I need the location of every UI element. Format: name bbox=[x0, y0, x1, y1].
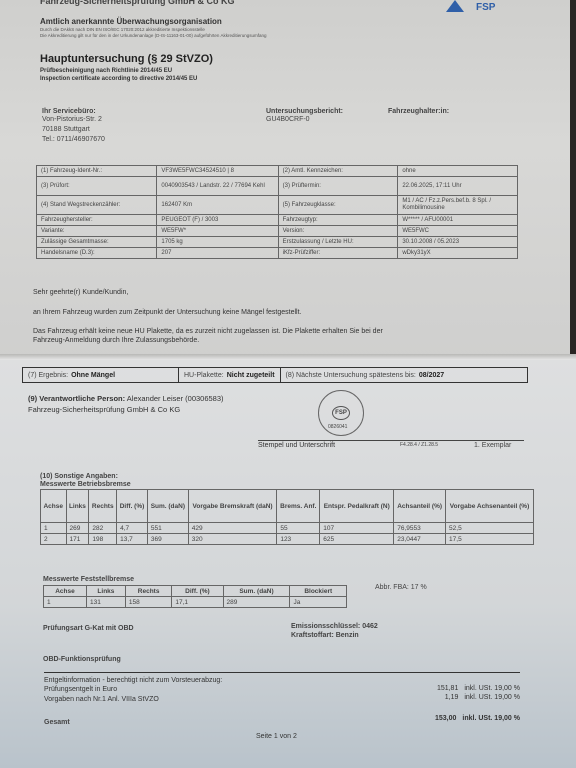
logo-triangle-icon bbox=[446, 0, 464, 12]
fba-value: Abbr. FBA: 17 % bbox=[375, 584, 427, 591]
parking-brake-column-header: Links bbox=[86, 586, 125, 597]
parking-brake-column-header: Sum. (daN) bbox=[223, 586, 290, 597]
brake-column-header: Achse bbox=[41, 490, 67, 523]
table-row: 217119813,736932012362523,044717,5 bbox=[41, 534, 534, 545]
vehicle-field-label: (5) Fahrzeugklasse: bbox=[278, 196, 398, 215]
parking-brake-column-header: Blockiert bbox=[290, 586, 347, 597]
brake-column-header: Rechts bbox=[89, 490, 117, 523]
logo-text: FSP bbox=[476, 2, 495, 13]
report-number: Untersuchungsbericht: GU4B0CRF-0 bbox=[266, 108, 343, 125]
fee-amount: 151,81 bbox=[418, 685, 458, 692]
vehicle-field-value: 207 bbox=[157, 248, 278, 259]
fsp-logo: FSP bbox=[444, 0, 504, 20]
parking-brake-cell: 1 bbox=[44, 597, 87, 608]
table-row: 113115817,1289Ja bbox=[44, 597, 347, 608]
vehicle-table-row: (1) Fahrzeug-Ident-Nr.:VF3WE5FWC34524510… bbox=[37, 166, 518, 177]
brake-cell: 1 bbox=[41, 523, 67, 534]
vehicle-field-label: (2) Amtl. Kennzeichen: bbox=[278, 166, 398, 177]
parking-brake-table: AchseLinksRechtsDiff. (%)Sum. (daN)Block… bbox=[43, 585, 347, 608]
vehicle-field-value: 30.10.2008 / 05.2023 bbox=[398, 237, 518, 248]
vehicle-field-value: 162407 Km bbox=[157, 196, 278, 215]
vehicle-table-row: (3) Prüfort:0040903543 / Landstr. 22 / 7… bbox=[37, 177, 518, 196]
brake-column-header: Entspr. Pedalkraft (N) bbox=[320, 490, 394, 523]
brake-cell: 76,9553 bbox=[394, 523, 446, 534]
stamp-number: 0826041 bbox=[328, 424, 347, 430]
parking-brake-cell: Ja bbox=[290, 597, 347, 608]
brake-cell: 369 bbox=[147, 534, 188, 545]
fee-row-label: Prüfungsentgelt in Euro bbox=[44, 686, 117, 694]
vehicle-field-value: WE5FWC bbox=[398, 226, 518, 237]
signature-line bbox=[258, 440, 524, 441]
brake-cell: 4,7 bbox=[117, 523, 148, 534]
brake-column-header: Diff. (%) bbox=[117, 490, 148, 523]
fee-row-label: Vorgaben nach Nr.1 Anl. VIIIa StVZO bbox=[44, 696, 159, 704]
vehicle-field-value: M1 / AC / Fz.z.Pers.bef.b. 8 Spl. / Komb… bbox=[398, 196, 518, 215]
brake-cell: 625 bbox=[320, 534, 394, 545]
brake-column-header: Achsanteil (%) bbox=[394, 490, 446, 523]
org-accreditation-2: Die Akkreditierung gilt nur für den in d… bbox=[40, 33, 266, 38]
vehicle-field-label: Handelsname (D.3): bbox=[37, 248, 157, 259]
vehicle-field-label: iKfz-Prüfziffer: bbox=[278, 248, 398, 259]
parking-brake-column-header: Achse bbox=[44, 586, 87, 597]
brake-column-header: Brems. Anf. bbox=[277, 490, 320, 523]
vehicle-table-row: Fahrzeughersteller:PEUGEOT (F) / 3003Fah… bbox=[37, 215, 518, 226]
brake-column-header: Links bbox=[66, 490, 89, 523]
fee-vat: inkl. USt. 19,00 % bbox=[464, 694, 520, 701]
letter-line-2: Das Fahrzeug erhält keine neue HU Plaket… bbox=[33, 327, 383, 336]
service-brake-title: Messwerte Betriebsbremse bbox=[40, 481, 131, 488]
vehicle-field-value: WE5FW* bbox=[157, 226, 278, 237]
fee-vat: inkl. USt. 19,00 % bbox=[464, 685, 520, 692]
result-box: (7) Ergebnis:Ohne Mängel HU-Plakette:Nic… bbox=[22, 367, 528, 383]
brake-column-header: Sum. (daN) bbox=[147, 490, 188, 523]
vehicle-table-row: Handelsname (D.3):207iKfz-Prüfziffer:wDk… bbox=[37, 248, 518, 259]
report-label: Untersuchungsbericht: bbox=[266, 108, 343, 115]
emission-key: Emissionsschlüssel: 0462 bbox=[291, 623, 378, 630]
vehicle-field-label: Fahrzeugtyp: bbox=[278, 215, 398, 226]
responsible-label: (9) Verantwortliche Person: bbox=[28, 394, 125, 403]
vehicle-field-label: Zulässige Gesamtmasse: bbox=[37, 237, 157, 248]
plakette-value: Nicht zugeteilt bbox=[227, 372, 275, 379]
vehicle-field-label: (1) Fahrzeug-Ident-Nr.: bbox=[37, 166, 157, 177]
vehicle-field-value: VF3WE5FWC34524510 | 8 bbox=[157, 166, 278, 177]
stamp-logo-icon: FSP bbox=[332, 406, 350, 420]
form-code: F4.28.4 / Z1.28.5 bbox=[400, 442, 438, 448]
report-value: GU4B0CRF-0 bbox=[266, 115, 343, 125]
brake-cell: 269 bbox=[66, 523, 89, 534]
vehicle-data-table: (1) Fahrzeug-Ident-Nr.:VF3WE5FWC34524510… bbox=[36, 165, 518, 259]
subtitle-en: Inspection certificate according to dire… bbox=[40, 76, 197, 82]
vehicle-field-label: Fahrzeughersteller: bbox=[37, 215, 157, 226]
fee-info: Entgeltinformation - berechtigt nicht zu… bbox=[44, 677, 222, 685]
parking-brake-column-header: Diff. (%) bbox=[172, 586, 223, 597]
brake-cell: 107 bbox=[320, 523, 394, 534]
brake-cell: 171 bbox=[66, 534, 89, 545]
vehicle-field-label: Erstzulassung / Letzte HU: bbox=[278, 237, 398, 248]
vehicle-field-value: wDky31yX bbox=[398, 248, 518, 259]
service-office-label: Ihr Servicebüro: bbox=[42, 108, 105, 115]
parking-brake-cell: 131 bbox=[86, 597, 125, 608]
result-label: (7) Ergebnis: bbox=[28, 372, 68, 379]
parking-brake-column-header: Rechts bbox=[125, 586, 172, 597]
vehicle-table-row: Variante:WE5FW*Version:WE5FWC bbox=[37, 226, 518, 237]
company-name-top: Fahrzeug-Sicherheitsprüfung GmbH & Co KG bbox=[40, 0, 235, 6]
vehicle-field-value: 0040903543 / Landstr. 22 / 77694 Kehl bbox=[157, 177, 278, 196]
vehicle-field-label: (3) Prüftermin: bbox=[278, 177, 398, 196]
other-info-title: (10) Sonstige Angaben: bbox=[40, 473, 118, 480]
vehicle-field-value: ohne bbox=[398, 166, 518, 177]
result-7: (7) Ergebnis:Ohne Mängel bbox=[23, 368, 179, 382]
vehicle-field-label: (4) Stand Wegstreckenzähler: bbox=[37, 196, 157, 215]
vehicle-field-label: Version: bbox=[278, 226, 398, 237]
plakette: HU-Plakette:Nicht zugeteilt bbox=[179, 368, 281, 382]
signature-label: Stempel und Unterschrift bbox=[258, 442, 335, 449]
letter-greeting: Sehr geehrte(r) Kunde/Kundin, bbox=[33, 288, 128, 297]
document-page-bottom bbox=[0, 355, 576, 768]
parking-brake-title: Messwerte Feststellbremse bbox=[43, 576, 134, 583]
test-type: Prüfungsart G-Kat mit OBD bbox=[43, 625, 134, 632]
service-office-city: 70188 Stuttgart bbox=[42, 125, 105, 135]
fee-row-amount: 1,19inkl. USt. 19,00 % bbox=[400, 694, 520, 701]
copy-number: 1. Exemplar bbox=[474, 442, 511, 449]
brake-cell: 429 bbox=[188, 523, 277, 534]
fee-divider bbox=[44, 672, 520, 673]
next-inspection-label: (8) Nächste Untersuchung spätestens bis: bbox=[286, 372, 416, 379]
parking-brake-cell: 289 bbox=[223, 597, 290, 608]
parking-brake-cell: 17,1 bbox=[172, 597, 223, 608]
responsible-person: (9) Verantwortliche Person: Alexander Le… bbox=[28, 394, 224, 414]
parking-brake-cell: 158 bbox=[125, 597, 172, 608]
org-accreditation-1: Durch die DAkkS nach DIN EN ISO/IEC 1702… bbox=[40, 27, 205, 32]
vehicle-holder-label: Fahrzeughalter:in: bbox=[388, 108, 449, 115]
service-office: Ihr Servicebüro: Von-Pistorius-Str. 2 70… bbox=[42, 108, 105, 145]
plakette-label: HU-Plakette: bbox=[184, 372, 224, 379]
brake-cell: 23,0447 bbox=[394, 534, 446, 545]
brake-cell: 52,5 bbox=[446, 523, 534, 534]
page-number: Seite 1 von 2 bbox=[256, 733, 297, 740]
org-title: Amtlich anerkannte Überwachungsorganisat… bbox=[40, 17, 222, 26]
fee-row-amount: 151,81inkl. USt. 19,00 % bbox=[400, 685, 520, 692]
letter-line-3: Fahrzeug-Anmeldung durch Ihre Zulassungs… bbox=[33, 336, 199, 345]
service-office-street: Von-Pistorius-Str. 2 bbox=[42, 115, 105, 125]
paper-fold bbox=[0, 354, 576, 360]
vehicle-field-value: 22.06.2025, 17:11 Uhr bbox=[398, 177, 518, 196]
total-amount: 153,00inkl. USt. 19,00 % bbox=[400, 715, 520, 722]
brake-cell: 123 bbox=[277, 534, 320, 545]
next-inspection-value: 08/2027 bbox=[419, 372, 444, 379]
total-label: Gesamt bbox=[44, 719, 70, 726]
vehicle-field-value: 1705 kg bbox=[157, 237, 278, 248]
brake-cell: 55 bbox=[277, 523, 320, 534]
service-office-phone: Tel.: 0711/46907670 bbox=[42, 135, 105, 145]
total-vat: inkl. USt. 19,00 % bbox=[462, 715, 520, 722]
vehicle-table-row: (4) Stand Wegstreckenzähler:162407 Km(5)… bbox=[37, 196, 518, 215]
vehicle-field-label: Variante: bbox=[37, 226, 157, 237]
brake-cell: 551 bbox=[147, 523, 188, 534]
result-value: Ohne Mängel bbox=[71, 372, 115, 379]
vehicle-field-label: (3) Prüfort: bbox=[37, 177, 157, 196]
letter-line-1: an Ihrem Fahrzeug wurden zum Zeitpunkt d… bbox=[33, 308, 301, 317]
vehicle-field-value: PEUGEOT (F) / 3003 bbox=[157, 215, 278, 226]
next-inspection: (8) Nächste Untersuchung spätestens bis:… bbox=[281, 368, 450, 382]
obd-check: OBD-Funktionsprüfung bbox=[43, 656, 121, 663]
responsible-name: Alexander Leiser (00306583) bbox=[127, 394, 224, 403]
table-row: 12692824,75514295510776,955352,5 bbox=[41, 523, 534, 534]
page-title: Hauptuntersuchung (§ 29 StVZO) bbox=[40, 53, 213, 65]
brake-cell: 2 bbox=[41, 534, 67, 545]
vehicle-field-value: W***** / AFU00001 bbox=[398, 215, 518, 226]
service-brake-table: AchseLinksRechtsDiff. (%)Sum. (daN)Vorga… bbox=[40, 489, 534, 545]
fuel-type: Kraftstoffart: Benzin bbox=[291, 632, 359, 639]
subtitle-de: Prüfbescheinigung nach Richtlinie 2014/4… bbox=[40, 68, 172, 74]
brake-cell: 13,7 bbox=[117, 534, 148, 545]
brake-cell: 17,5 bbox=[446, 534, 534, 545]
brake-column-header: Vorgabe Bremskraft (daN) bbox=[188, 490, 277, 523]
brake-cell: 198 bbox=[89, 534, 117, 545]
responsible-company: Fahrzeug-Sicherheitsprüfung GmbH & Co KG bbox=[28, 405, 224, 414]
brake-column-header: Vorgabe Achsenanteil (%) bbox=[446, 490, 534, 523]
brake-cell: 320 bbox=[188, 534, 277, 545]
vehicle-table-row: Zulässige Gesamtmasse:1705 kgErstzulassu… bbox=[37, 237, 518, 248]
total-value: 153,00 bbox=[416, 715, 456, 722]
brake-cell: 282 bbox=[89, 523, 117, 534]
fee-amount: 1,19 bbox=[418, 694, 458, 701]
